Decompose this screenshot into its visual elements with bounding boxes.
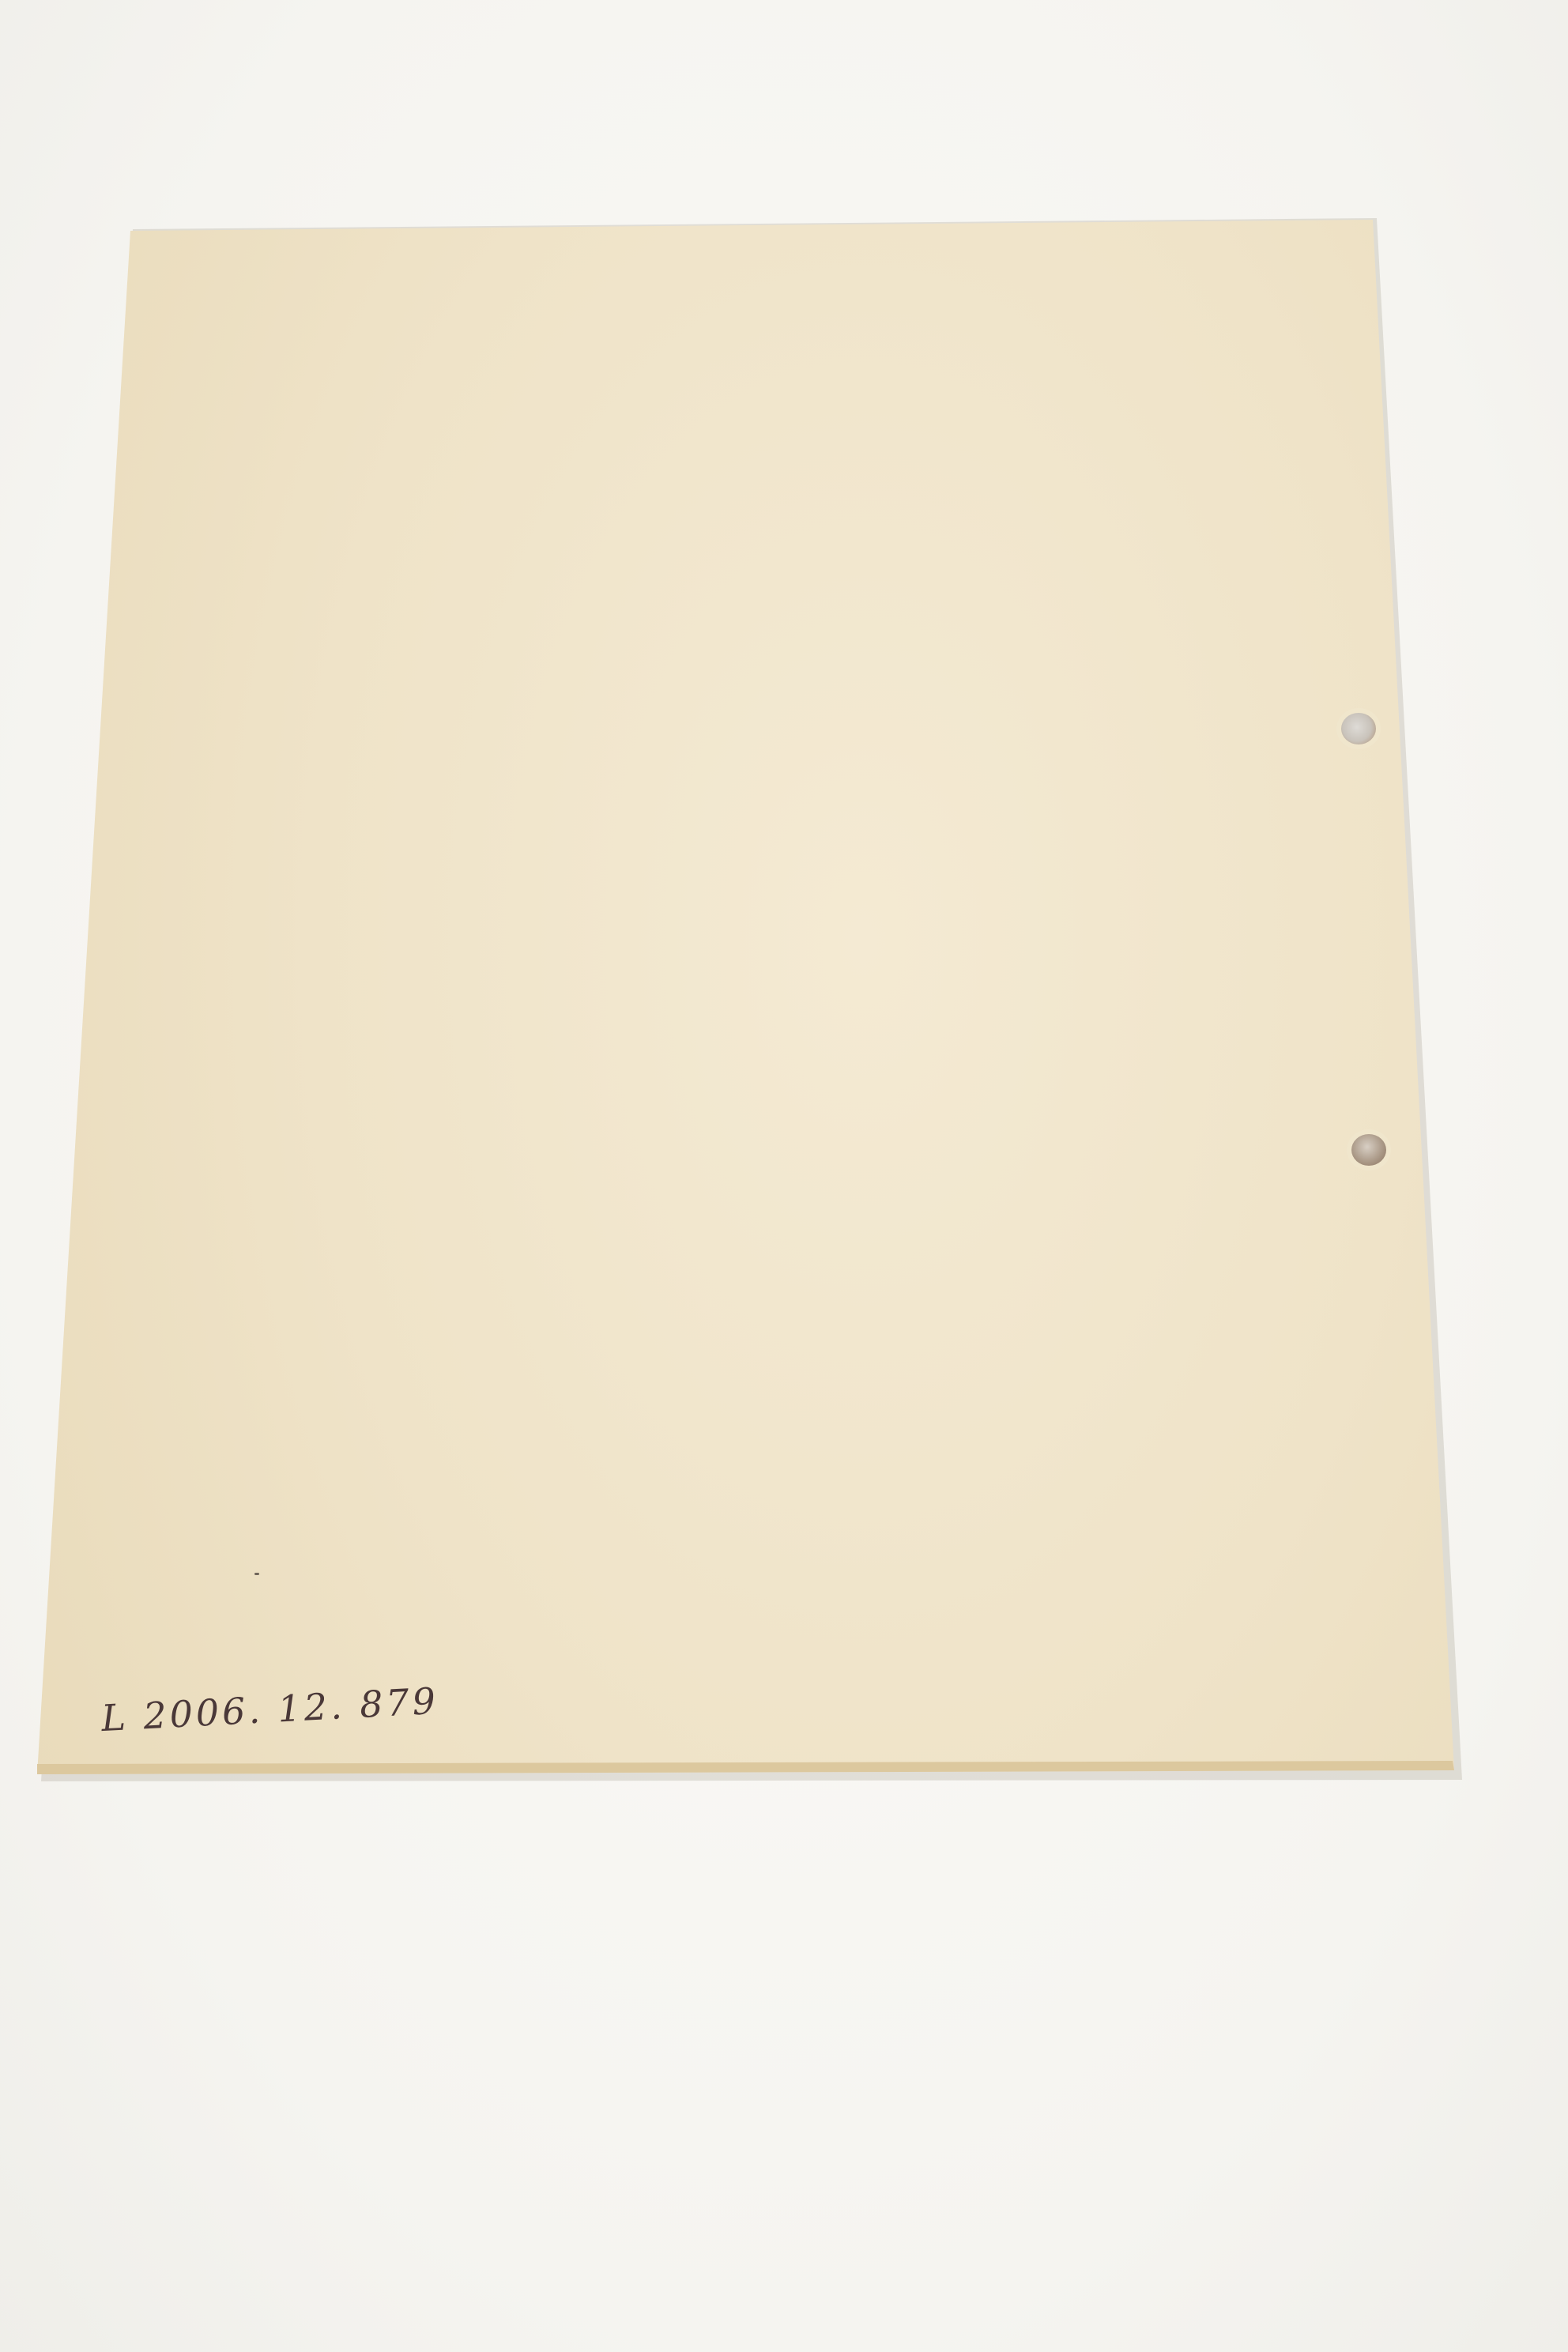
punch-hole-upper [1341,713,1376,744]
punch-hole-lower [1351,1134,1386,1166]
paper-speck [254,1573,259,1575]
